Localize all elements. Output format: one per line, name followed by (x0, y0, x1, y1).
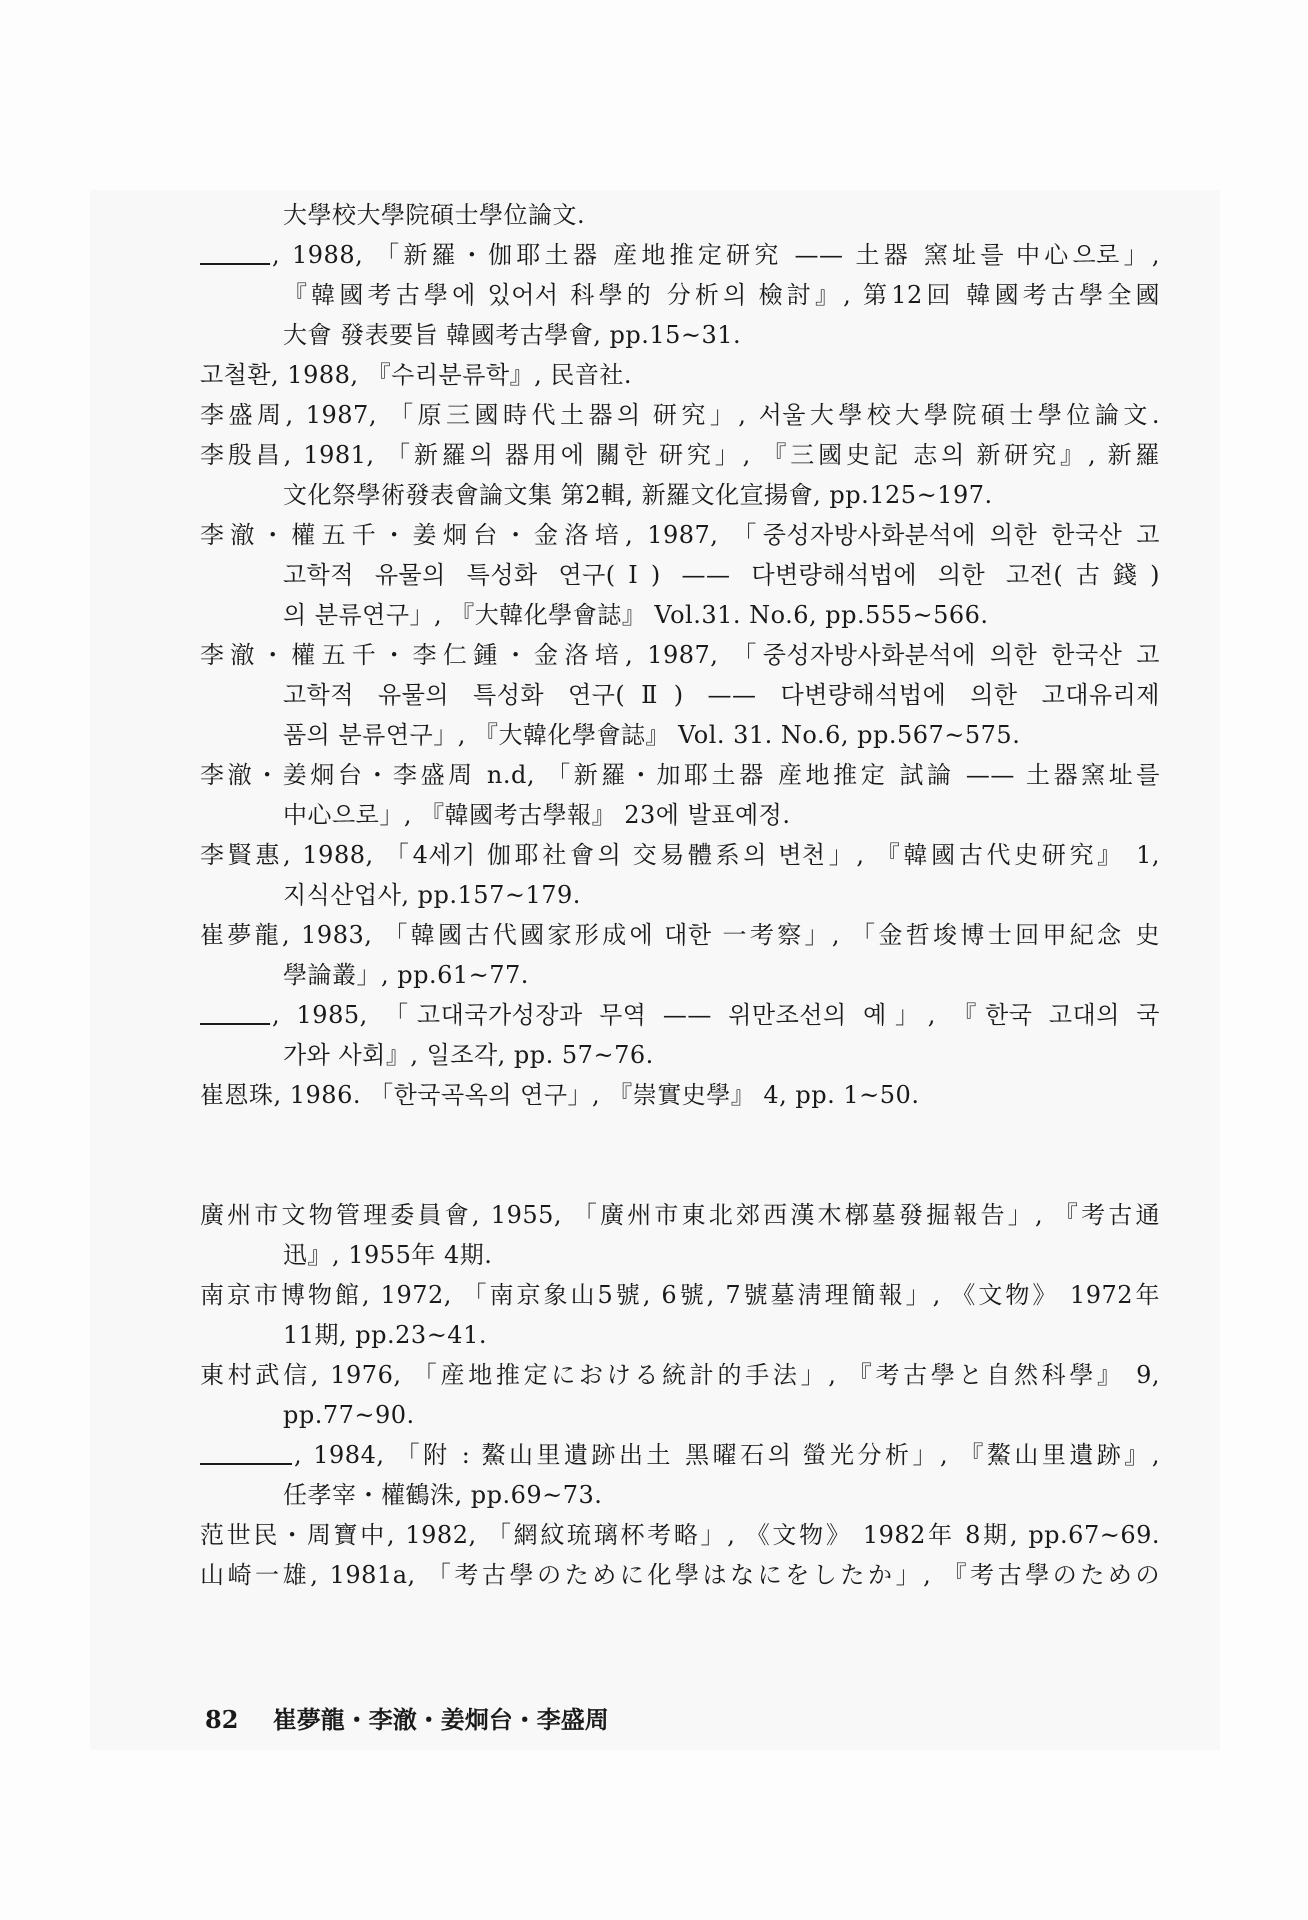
ref-line: 고학적 유물의 특성화 연구(Ⅱ) —— 다변량해석법에 의한 고대유리제 (283, 680, 1160, 710)
ref-text: , 1985, 「고대국가성장과 무역 —— 위만조선의 예」, 『한국 고대의… (272, 1001, 1160, 1029)
ref-line: 李澈・權五千・姜炯台・金洛培, 1987, 「중성자방사화분석에 의한 한국산 … (200, 520, 1160, 550)
ref-line: 李殷昌, 1981, 「新羅의 器用에 關한 研究」, 『三國史記 志의 新研究… (200, 440, 1160, 470)
ref-line: 李澈・權五千・李仁鍾・金洛培, 1987, 「중성자방사화분석에 의한 한국산 … (200, 640, 1160, 670)
ref-line: 南京市博物館, 1972, 「南京象山5號, 6號, 7號墓淸理簡報」, 《文物… (200, 1280, 1160, 1310)
ref-line: 崔恩珠, 1986. 「한국곡옥의 연구」, 『崇實史學』 4, pp. 1~5… (200, 1080, 1160, 1110)
ref-line: 范世民・周寶中, 1982, 「網紋琉璃杯考略」, 《文物》 1982年 8期,… (200, 1520, 1160, 1550)
ref-line: 李澈・姜炯台・李盛周 n.d, 「新羅・加耶土器 産地推定 試論 —— 土器窯址… (200, 760, 1160, 790)
ditto-dash (200, 263, 270, 265)
ref-line: 中心으로」, 『韓國考古學報』 23에 발표예정. (283, 800, 1160, 830)
ref-line: 품의 분류연구」, 『大韓化學會誌』 Vol. 31. No.6, pp.567… (283, 720, 1160, 750)
bibliography-page: 大學校大學院碩士學位論文. , 1988, 「新羅・伽耶土器 産地推定研究 ——… (0, 0, 1308, 1920)
ditto-dash (200, 1463, 292, 1465)
ref-text: , 1988, 「新羅・伽耶土器 産地推定研究 —— 土器 窯址를 中心으로」, (272, 241, 1160, 269)
ref-line: 지식산업사, pp.157~179. (283, 880, 1160, 910)
ref-line: 大會 發表要旨 韓國考古學會, pp.15~31. (283, 320, 1160, 350)
ref-line: 李賢惠, 1988, 「4세기 伽耶社會의 交易體系의 변천」, 『韓國古代史研… (200, 840, 1160, 870)
ref-line: 의 분류연구」, 『大韓化學會誌』 Vol.31. No.6, pp.555~5… (283, 600, 1160, 630)
ref-text: , 1984, 「附 : 鰲山里遺跡出土 黑曜石의 螢光分析」, 『鰲山里遺跡』… (294, 1441, 1160, 1469)
ref-line: 東村武信, 1976, 「産地推定における統計的手法」, 『考古學と自然科學』 … (200, 1360, 1160, 1390)
ref-line: , 1984, 「附 : 鰲山里遺跡出土 黑曜石의 螢光分析」, 『鰲山里遺跡』… (200, 1440, 1160, 1470)
page-footer: 82 崔夢龍・李澈・姜炯台・李盛周 (205, 1700, 609, 1735)
ref-line: 大學校大學院碩士學位論文. (283, 200, 1160, 230)
ditto-dash (200, 1023, 270, 1025)
ref-line: 山崎一雄, 1981a, 「考古學のために化學はなにをしたか」, 『考古學のため… (200, 1560, 1160, 1590)
ref-line: , 1988, 「新羅・伽耶土器 産地推定研究 —— 土器 窯址를 中心으로」, (200, 240, 1160, 270)
ref-line: pp.77~90. (283, 1400, 1160, 1430)
ref-line: 『韓國考古學에 있어서 科學的 分析의 檢討』, 第12回 韓國考古學全國 (283, 280, 1160, 310)
ref-line: , 1985, 「고대국가성장과 무역 —— 위만조선의 예」, 『한국 고대의… (200, 1000, 1160, 1030)
ref-line: 11期, pp.23~41. (283, 1320, 1160, 1350)
ref-line: 迅』, 1955年 4期. (283, 1240, 1160, 1270)
running-authors: 崔夢龍・李澈・姜炯台・李盛周 (273, 1705, 609, 1734)
ref-line: 學論叢」, pp.61~77. (283, 960, 1160, 990)
page-number: 82 (205, 1705, 238, 1734)
ref-line: 고철환, 1988, 『수리분류학』, 民音社. (200, 360, 1160, 390)
ref-line: 文化祭學術發表會論文集 第2輯, 新羅文化宣揚會, pp.125~197. (283, 480, 1160, 510)
ref-line: 廣州市文物管理委員會, 1955, 「廣州市東北郊西漢木槨墓發掘報告」, 『考古… (200, 1200, 1160, 1230)
ref-line: 고학적 유물의 특성화 연구(Ⅰ) —— 다변량해석법에 의한 고전(古錢) (283, 560, 1160, 590)
ref-line: 任孝宰・權鶴洙, pp.69~73. (283, 1480, 1160, 1510)
ref-line: 李盛周, 1987, 「原三國時代土器의 研究」, 서울大學校大學院碩士學位論文… (200, 400, 1160, 430)
ref-line: 崔夢龍, 1983, 「韓國古代國家形成에 대한 一考察」, 「金哲埈博士回甲紀… (200, 920, 1160, 950)
ref-line: 가와 사회』, 일조각, pp. 57~76. (283, 1040, 1160, 1070)
